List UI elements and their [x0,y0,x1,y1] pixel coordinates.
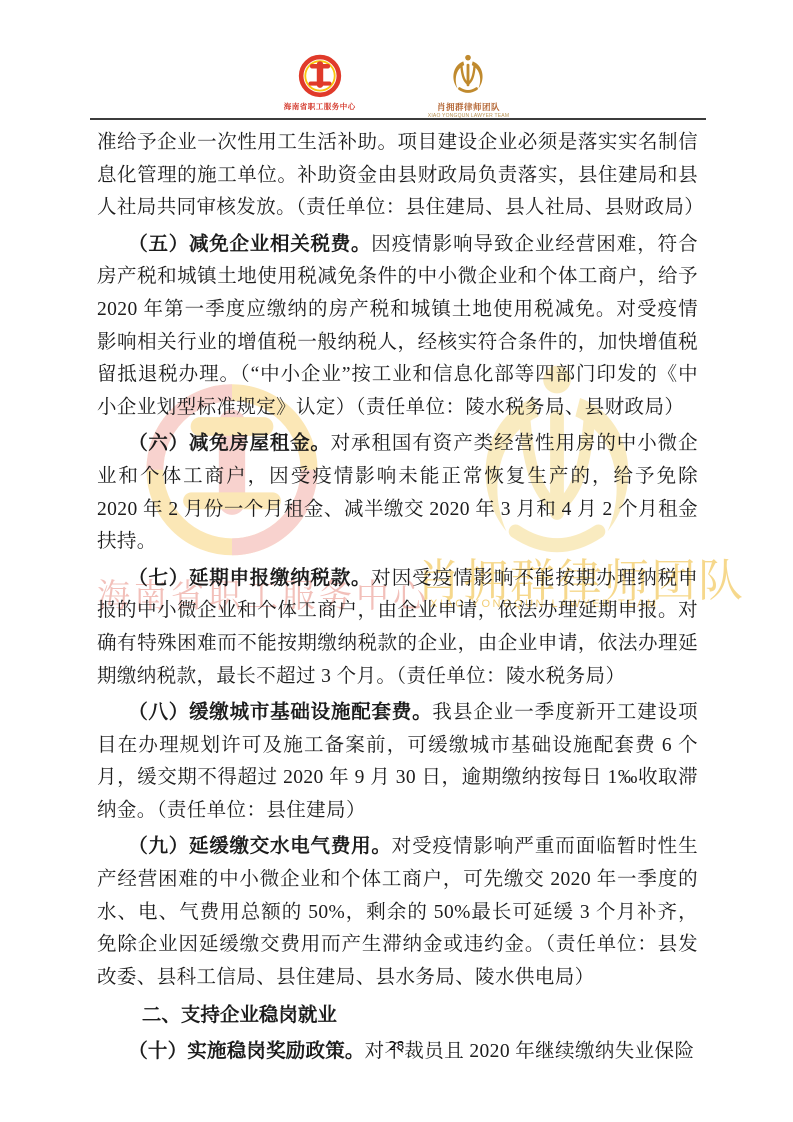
paragraph-continuation: 准给予企业一次性用工生活补助。项目建设企业必须是落实实名制信息化管理的施工单位。… [97,127,698,225]
union-logo-caption: 海南省职工服务中心 [284,101,356,112]
lawyer-logo-block: 肖拥群律师团队 XIAO YONGQUN LAWYER TEAM [428,52,509,119]
document-body: 准给予企业一次性用工生活补助。项目建设企业必须是落实实名制信息化管理的施工单位。… [0,120,793,1069]
paragraph-item-7: （七）延期申报缴纳税款。对因受疫情影响不能按期办理纳税申报的中小微企业和个体工商… [97,562,698,693]
page-number: 28 [0,1038,793,1053]
paragraph-item-5: （五）减免企业相关税费。因疫情影响导致企业经营困难，符合房产税和城镇土地使用税减… [97,228,698,425]
paragraph-item-8: （八）缓缴城市基础设施配套费。我县企业一季度新开工建设项目在办理规划许可及施工备… [97,696,698,827]
paragraph-item-6: （六）减免房屋租金。对承租国有资产类经营性用房的中小微企业和个体工商户，因受疫情… [97,427,698,558]
lawyer-logo-icon [443,52,493,99]
paragraph-lead: （九）延缓缴交水电气费用。 [128,835,391,857]
union-logo-block: 海南省职工服务中心 [284,52,356,112]
paragraph-text: 因疫情影响导致企业经营困难，符合房产税和城镇土地使用税减免条件的中小微企业和个体… [97,234,698,418]
paragraph-lead: （五）减免企业相关税费。 [128,233,371,255]
paragraph-item-9: （九）延缓缴交水电气费用。对受疫情影响严重而面临暂时性生产经营困难的中小微企业和… [97,830,698,994]
paragraph-lead: （七）延期申报缴纳税款。 [128,567,371,589]
document-page: 海南省职工服务中心 肖拥群律师团队 XIAO YONGQUN LAWYER TE… [0,0,793,1122]
paragraph-lead: （六）减免房屋租金。 [128,432,330,454]
section-heading: 二、支持企业稳岗就业 [97,999,698,1032]
lawyer-logo-caption: 肖拥群律师团队 [437,101,500,113]
lawyer-logo-caption-en: XIAO YONGQUN LAWYER TEAM [428,113,509,119]
union-logo-icon [297,52,343,98]
paragraph-text: 对受疫情影响严重而面临暂时性生产经营困难的中小微企业和个体工商户，可先缴交 20… [97,836,698,987]
paragraph-text: 准给予企业一次性用工生活补助。项目建设企业必须是落实实名制信息化管理的施工单位。… [97,132,704,218]
page-header: 海南省职工服务中心 肖拥群律师团队 XIAO YONGQUN LAWYER TE… [0,0,793,118]
paragraph-lead: （八）缓缴城市基础设施配套费。 [128,701,432,723]
